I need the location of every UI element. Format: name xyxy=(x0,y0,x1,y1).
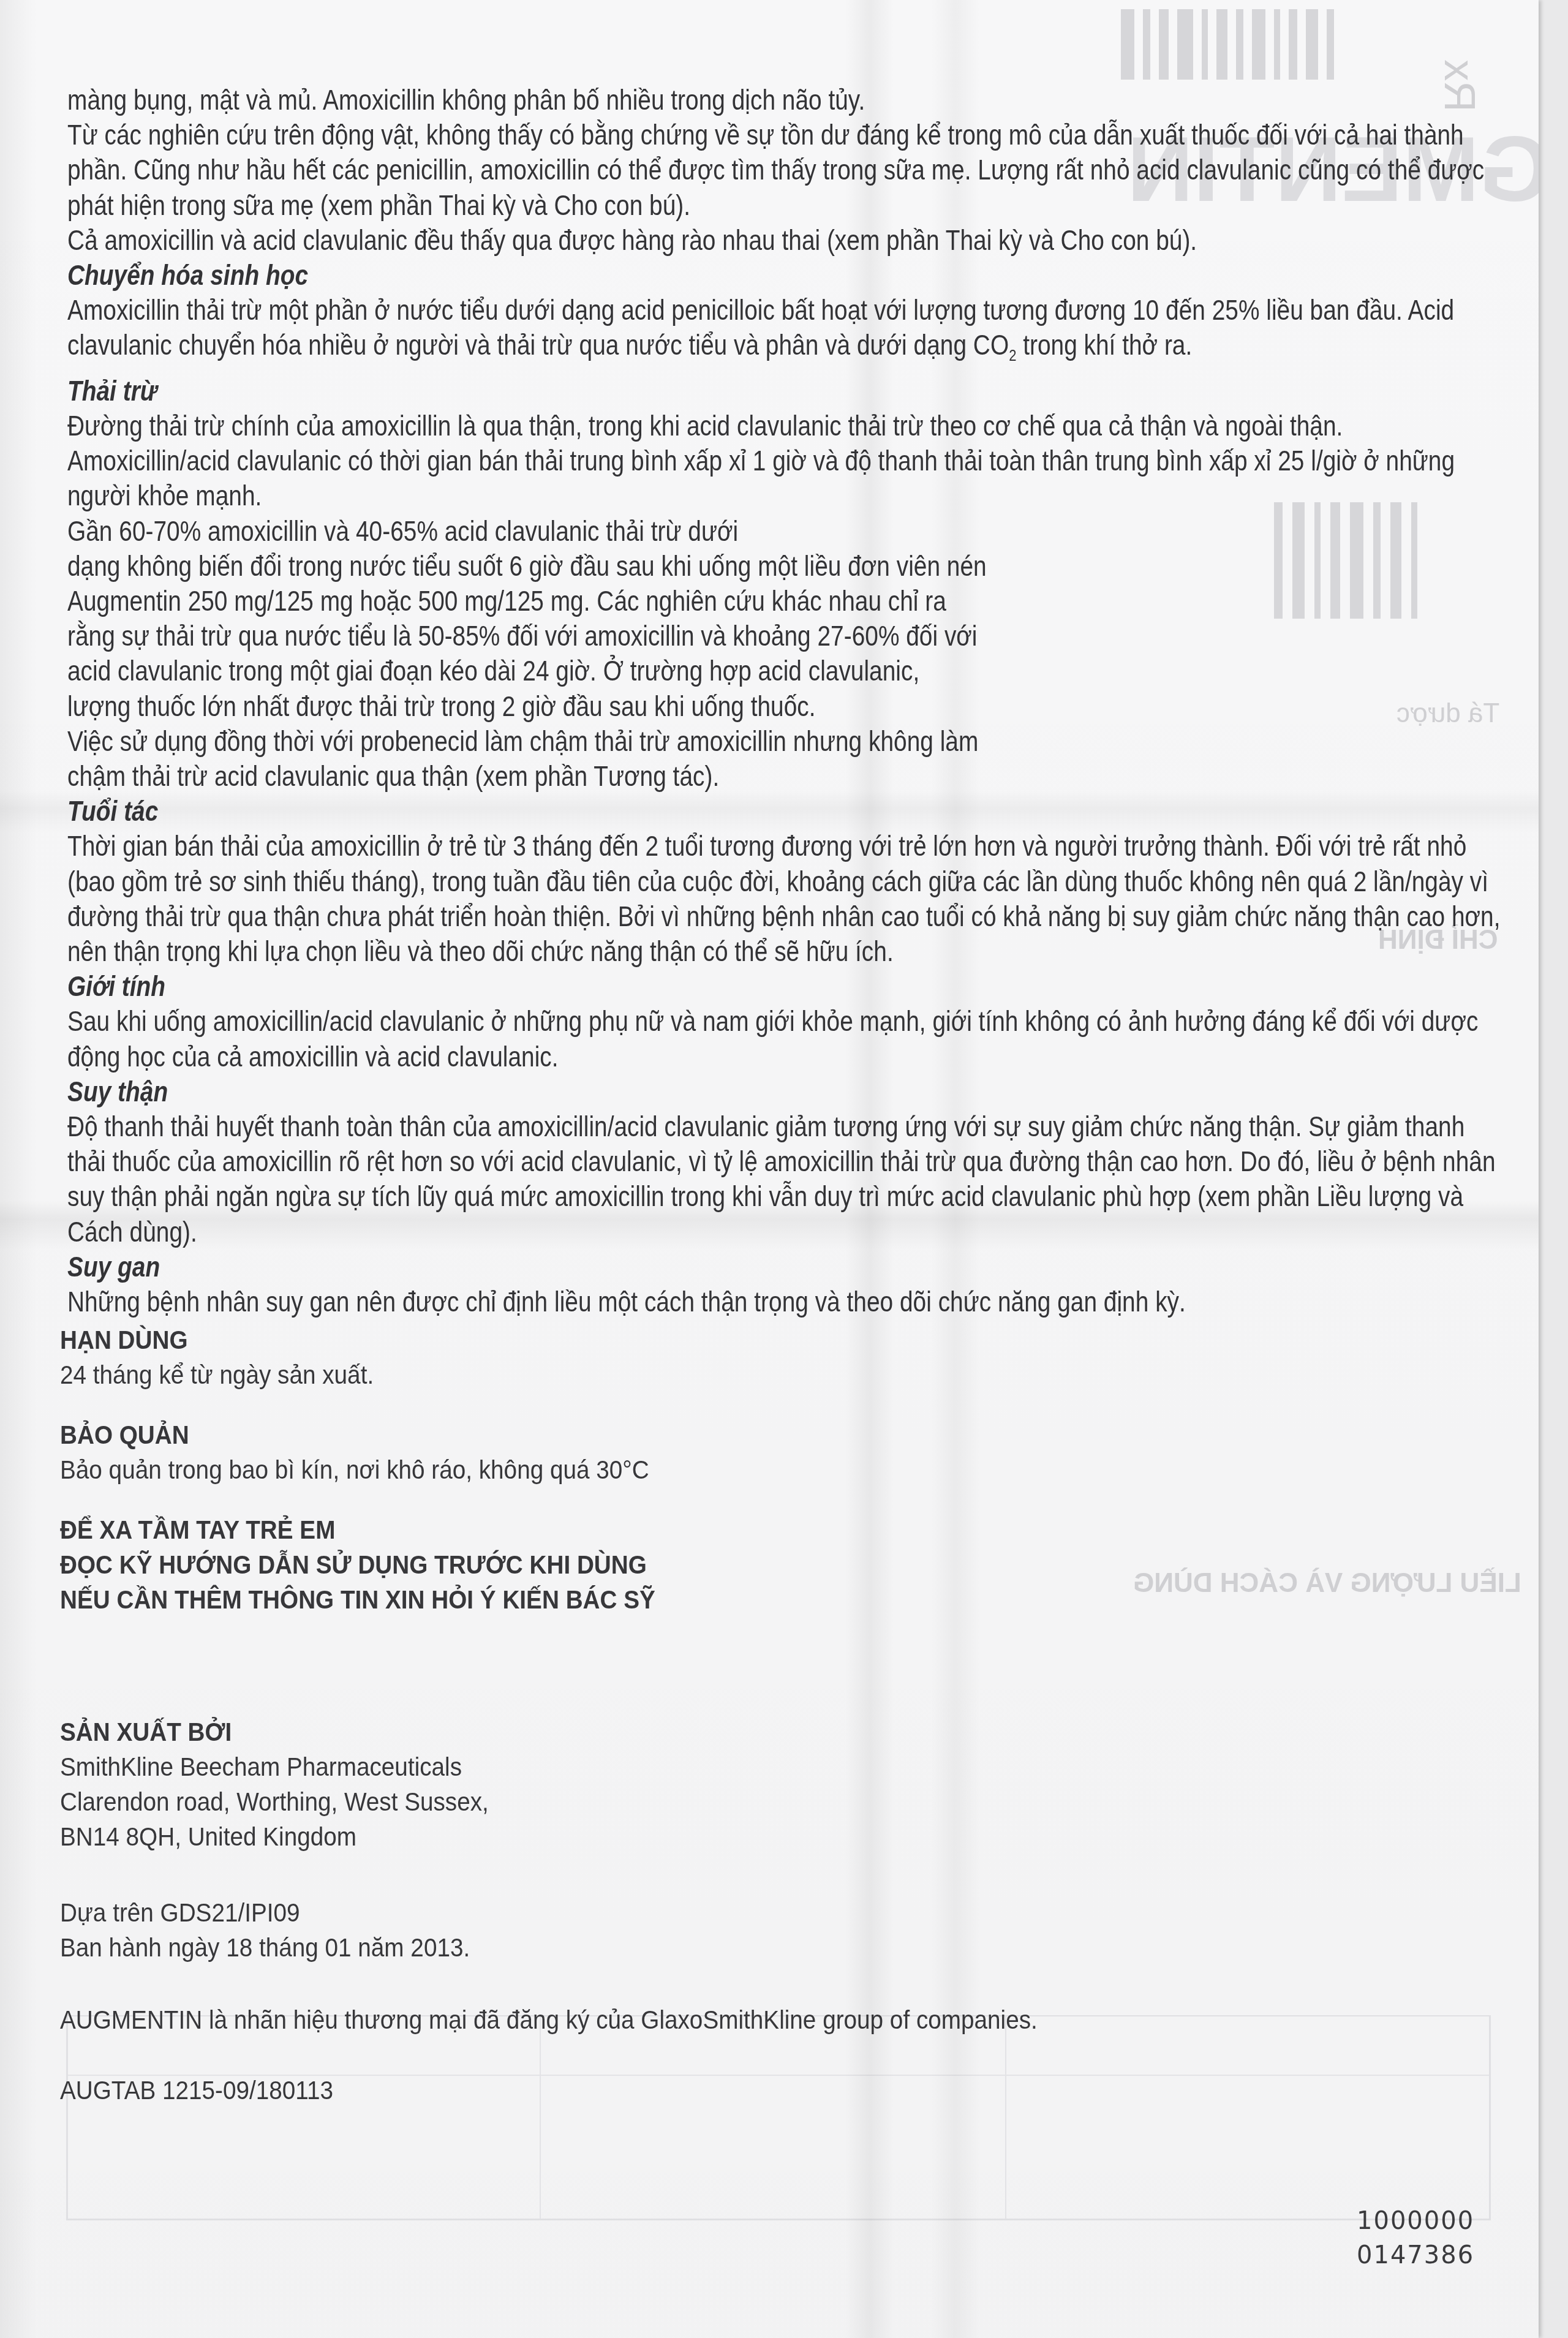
storage-text: Bảo quản trong bao bì kín, nơi khô ráo, … xyxy=(60,1453,1383,1488)
bleed-through-table xyxy=(66,2015,1491,2220)
section-heading-shelf-life: HẠN DÙNG xyxy=(60,1323,1383,1358)
body-paragraph: Độ thanh thải huyết thanh toàn thân của … xyxy=(67,1109,1506,1250)
revision-line: Dựa trên GDS21/IPI09 xyxy=(60,1896,1383,1931)
warning-line: NẾU CẦN THÊM THÔNG TIN XIN HỎI Ý KIẾN BÁ… xyxy=(60,1583,1383,1618)
revision-section: Dựa trên GDS21/IPI09 Ban hành ngày 18 th… xyxy=(60,1896,1383,1966)
warnings-section: ĐỂ XA TẦM TAY TRẺ EM ĐỌC KỸ HƯỚNG DẪN SỬ… xyxy=(60,1513,1383,1618)
body-line: rằng sự thải trừ qua nước tiểu là 50-85%… xyxy=(67,619,1082,654)
shelf-life-section: HẠN DÙNG 24 tháng kể từ ngày sản xuất. xyxy=(60,1323,1383,1393)
subheading-elimination: Thải trừ xyxy=(67,374,1506,409)
shelf-life-text: 24 tháng kể từ ngày sản xuất. xyxy=(60,1358,1383,1393)
body-paragraph: Những bệnh nhân suy gan nên được chỉ địn… xyxy=(67,1284,1506,1319)
body-paragraph: Đường thải trừ chính của amoxicillin là … xyxy=(67,409,1506,443)
doc-code-text: AUGTAB 1215-09/180113 xyxy=(60,2073,1383,2108)
subheading-renal-impairment: Suy thận xyxy=(67,1074,1506,1109)
manufacturer-line: SmithKline Beecham Pharmaceuticals xyxy=(60,1750,1383,1785)
body-paragraph: Thời gian bán thải của amoxicillin ở trẻ… xyxy=(67,829,1506,969)
pharmacokinetics-section: màng bụng, mật và mủ. Amoxicillin không … xyxy=(67,83,1506,1319)
body-line: Việc sử dụng đồng thời với probenecid là… xyxy=(67,724,1082,759)
body-paragraph: Amoxicillin thải trừ một phần ở nước tiể… xyxy=(67,293,1506,374)
subheading-metabolism: Chuyển hóa sinh học xyxy=(67,258,1506,293)
section-heading-storage: BẢO QUẢN xyxy=(60,1418,1383,1453)
body-line: chậm thải trừ acid clavulanic qua thận (… xyxy=(67,759,1082,794)
body-paragraph: màng bụng, mật và mủ. Amoxicillin không … xyxy=(67,83,1506,118)
body-line: Gần 60-70% amoxicillin và 40-65% acid cl… xyxy=(67,514,1082,549)
subheading-hepatic-impairment: Suy gan xyxy=(67,1250,1506,1284)
warning-line: ĐỌC KỸ HƯỚNG DẪN SỬ DỤNG TRƯỚC KHI DÙNG xyxy=(60,1548,1383,1583)
document-code: AUGTAB 1215-09/180113 xyxy=(60,2073,1383,2108)
subheading-gender: Giới tính xyxy=(67,969,1506,1004)
body-paragraph: Sau khi uống amoxicillin/acid clavulanic… xyxy=(67,1004,1506,1074)
print-code: 1000000 xyxy=(1357,2204,1474,2238)
bleed-through-barcode-top xyxy=(1121,9,1334,80)
body-line: dạng không biến đổi trong nước tiểu suốt… xyxy=(67,549,1082,584)
elimination-narrow-block: Gần 60-70% amoxicillin và 40-65% acid cl… xyxy=(67,514,1082,794)
body-line: acid clavulanic trong một giai đoạn kéo … xyxy=(67,654,1082,688)
revision-line: Ban hành ngày 18 tháng 01 năm 2013. xyxy=(60,1931,1383,1966)
trademark-notice: AUGMENTIN là nhãn hiệu thương mại đã đăn… xyxy=(60,2003,1383,2038)
manufacturer-line: Clarendon road, Worthing, West Sussex, xyxy=(60,1785,1383,1820)
section-heading-manufacturer: SẢN XUẤT BỞI xyxy=(60,1715,1383,1750)
leaflet-page: Rx AUGMENTIN Tá dược CHỈ ĐỊNH LIỀU LƯỢNG… xyxy=(0,0,1539,2338)
manufacturer-section: SẢN XUẤT BỞI SmithKline Beecham Pharmace… xyxy=(60,1715,1383,1855)
manufacturer-line: BN14 8QH, United Kingdom xyxy=(60,1820,1383,1855)
body-paragraph: Amoxicillin/acid clavulanic có thời gian… xyxy=(67,443,1506,513)
warning-line: ĐỂ XA TẦM TAY TRẺ EM xyxy=(60,1513,1383,1548)
body-line: lượng thuốc lớn nhất được thải trừ trong… xyxy=(67,689,1082,724)
storage-section: BẢO QUẢN Bảo quản trong bao bì kín, nơi … xyxy=(60,1418,1383,1488)
subheading-age: Tuổi tác xyxy=(67,794,1506,829)
print-codes: 1000000 0147386 xyxy=(1357,2204,1474,2272)
print-code: 0147386 xyxy=(1357,2238,1474,2272)
body-paragraph: Từ các nghiên cứu trên động vật, không t… xyxy=(67,118,1506,223)
trademark-text: AUGMENTIN là nhãn hiệu thương mại đã đăn… xyxy=(60,2003,1383,2038)
body-paragraph: Cả amoxicillin và acid clavulanic đều th… xyxy=(67,223,1506,258)
body-line: Augmentin 250 mg/125 mg hoặc 500 mg/125 … xyxy=(67,584,1082,619)
